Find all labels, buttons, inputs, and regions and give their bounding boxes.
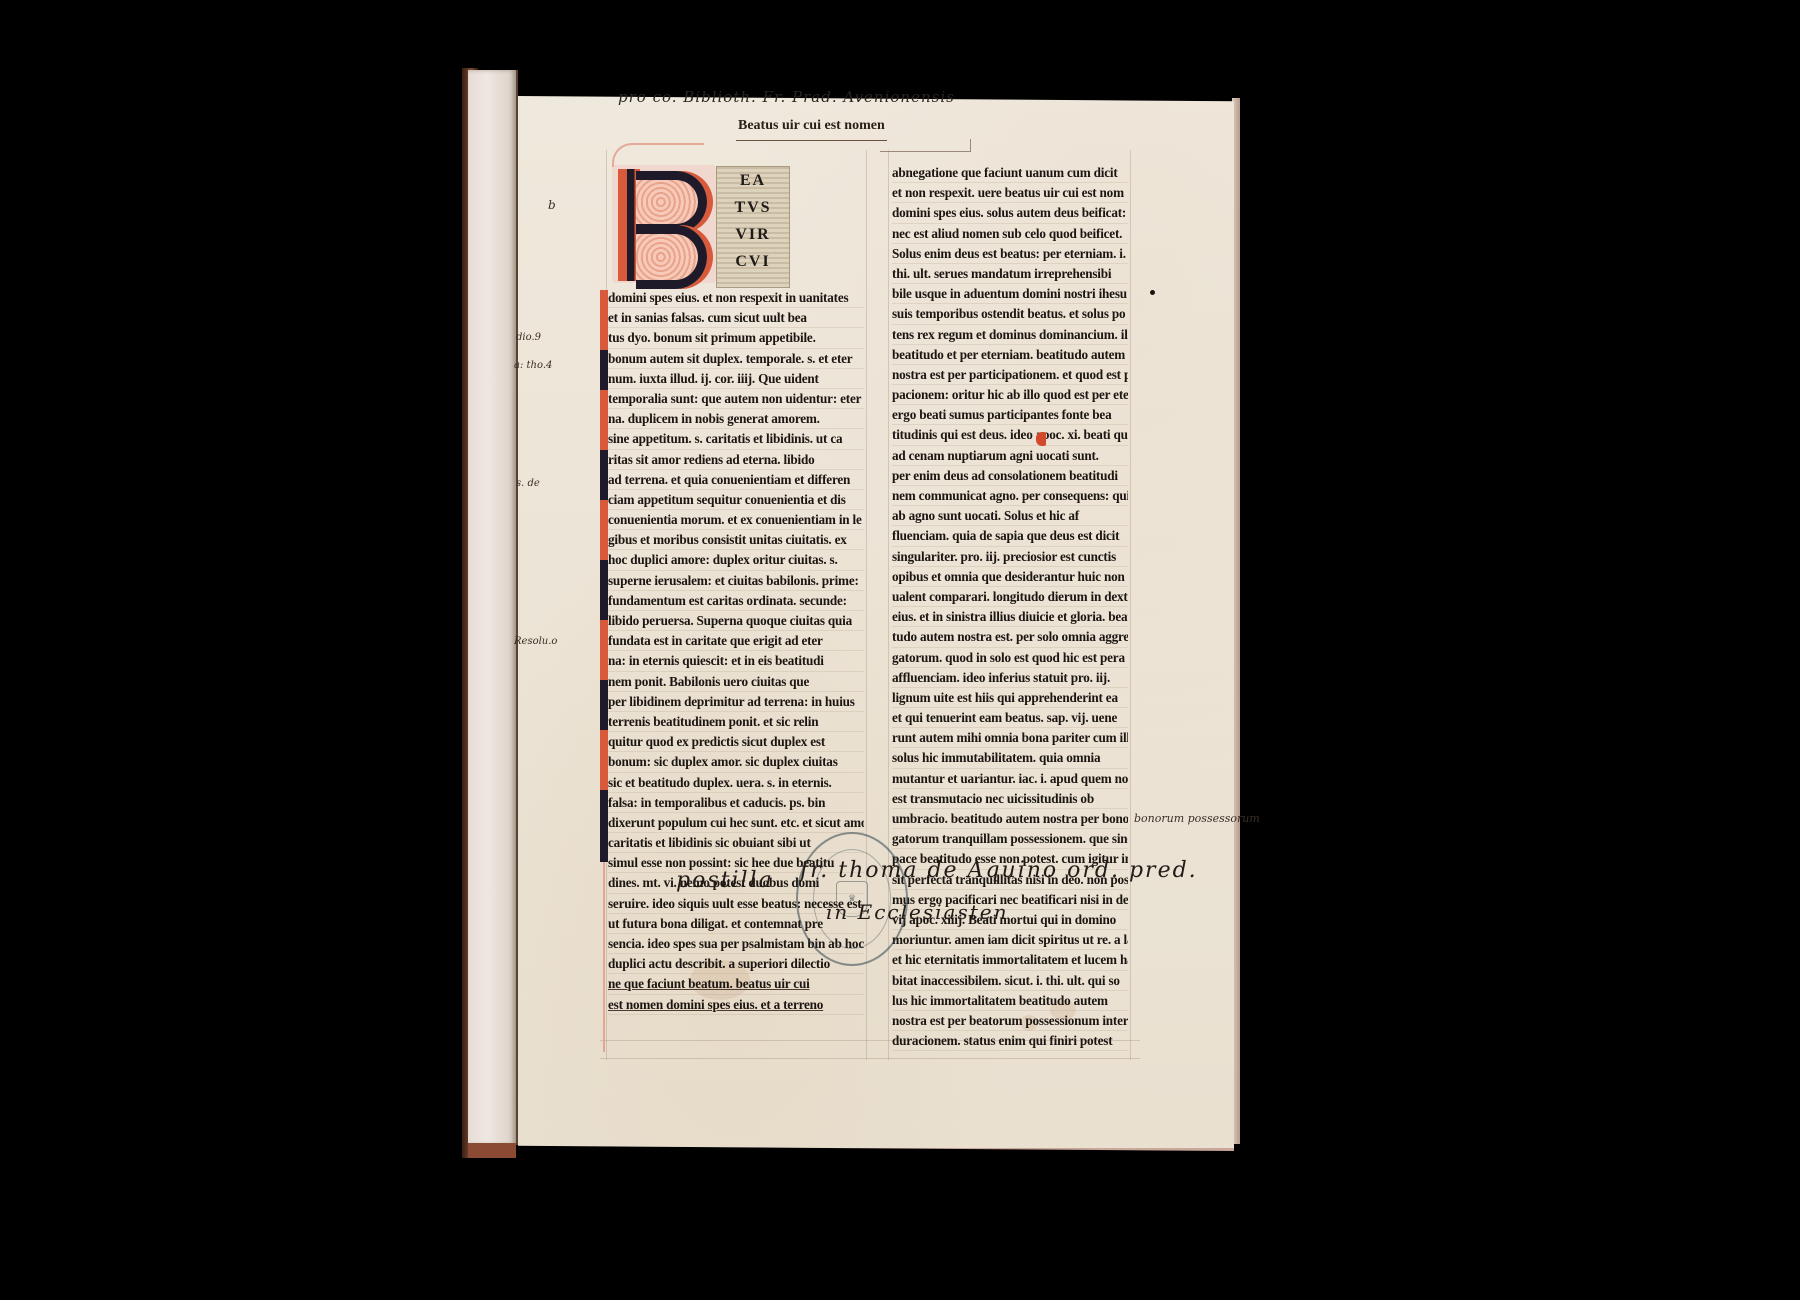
display-script-line: EA <box>717 167 789 194</box>
text-line: nostra est per beatorum possessionum int… <box>892 1011 1128 1031</box>
text-line: titudinis qui est deus. ideo apoc. xi. b… <box>892 425 1128 445</box>
text-line: sic et beatitudo duplex. uera. s. in ete… <box>608 773 864 793</box>
ownership-annotation: pro co. Biblioth. Fr. Prad. Avenionensis <box>618 88 1088 112</box>
text-line: pacionem: oritur hic ab illo quod est pe… <box>892 385 1128 405</box>
text-line: ciam appetitum sequitur conuenientia et … <box>608 490 864 510</box>
text-line: thi. ult. serues mandatum irreprehensibi <box>892 264 1128 284</box>
red-paragraph-mark <box>1036 432 1046 446</box>
text-line: tudo autem nostra est. per solo omnia ag… <box>892 627 1128 647</box>
display-script-panel: EA TVS VIR CVI <box>716 166 790 288</box>
text-line: terrenis beatitudinem ponit. et sic reli… <box>608 712 864 732</box>
running-head: Beatus uir cui est nomen <box>736 118 887 141</box>
text-line: ab agno sunt uocati. Solus et hic af <box>892 506 1128 526</box>
text-line: bonum: sic duplex amor. sic duplex ciuit… <box>608 752 864 772</box>
penwork-border <box>600 290 608 862</box>
text-line: eius. et in sinistra illius diuicie et g… <box>892 607 1128 627</box>
text-line: ergo beati sumus participantes fonte bea <box>892 405 1128 425</box>
library-stamp: ♛ <box>796 832 908 966</box>
text-line: gatorum tranquillam possessionem. que si… <box>892 829 1128 849</box>
text-line: superne ierusalem: et ciuitas babilonis.… <box>608 571 864 591</box>
text-line: suis temporibus ostendit beatus. et solu… <box>892 304 1128 324</box>
text-line: nostra est per participationem. et quod … <box>892 365 1128 385</box>
text-line: domini spes eius. solus autem deus beifi… <box>892 203 1128 223</box>
text-line: fundata est in caritate que erigit ad et… <box>608 631 864 651</box>
initial-lower-bowl <box>636 225 707 289</box>
text-line: per libidinem deprimitur ad terrena: in … <box>608 692 864 712</box>
margin-note: Resolu.o <box>514 636 557 647</box>
text-line: solus hic immutabilitatem. quia omnia <box>892 748 1128 768</box>
margin-note-right: bonorum possessorum <box>1134 812 1260 825</box>
inscription-title: in Ecclesiasten <box>826 900 1008 924</box>
text-line: ualent comparari. longitudo dierum in de… <box>892 587 1128 607</box>
text-line: est transmutacio nec uicissitudinis ob <box>892 789 1128 809</box>
text-line: ritas sit amor rediens ad eterna. libido <box>608 450 864 470</box>
text-line: libido peruersa. Superna quoque ciuitas … <box>608 611 864 631</box>
text-line: fundamentum est caritas ordinata. secund… <box>608 591 864 611</box>
text-line: mutantur et uariantur. iac. i. apud quem… <box>892 769 1128 789</box>
margin-note: a: tho.4 <box>514 360 552 371</box>
text-line: gatorum. quod in solo est quod hic est p… <box>892 648 1128 668</box>
text-line: quitur quod ex predictis sicut duplex es… <box>608 732 864 752</box>
text-line: ad terrena. et quia conuenientiam et dif… <box>608 470 864 490</box>
text-line: est nomen domini spes eius. et a terreno <box>608 995 864 1015</box>
text-line: per enim deus ad consolationem beatitudi <box>892 466 1128 486</box>
text-line: na. duplicem in nobis generat amorem. <box>608 409 864 429</box>
margin-note: s. de <box>516 478 540 489</box>
text-line: ne que faciunt beatum. beatus uir cui <box>608 974 864 994</box>
text-line: duracionem. status enim qui finiri potes… <box>892 1031 1128 1051</box>
text-line: bile usque in aduentum domini nostri ihe… <box>892 284 1128 304</box>
ruling-line <box>600 1058 1140 1059</box>
text-line: falsa: in temporalibus et caducis. ps. b… <box>608 793 864 813</box>
text-line: et non respexit. uere beatus uir cui est… <box>892 183 1128 203</box>
display-script-line: CVI <box>717 248 789 275</box>
text-line: tens rex regum et dominus dominancium. i… <box>892 325 1128 345</box>
text-line: gibus et moribus consistit unitas ciuita… <box>608 530 864 550</box>
text-line: dixerunt populum cui hec sunt. etc. et s… <box>608 813 864 833</box>
text-line: umbracio. beatitudo autem nostra per bon… <box>892 809 1128 829</box>
text-line: et hic eternitatis immortalitatem et luc… <box>892 950 1128 970</box>
text-line: bonum autem sit duplex. temporale. s. et… <box>608 349 864 369</box>
display-script-line: VIR <box>717 221 789 248</box>
ink-dot <box>1150 290 1155 295</box>
text-line: domini spes eius. et non respexit in uan… <box>608 288 864 308</box>
binding-leather-corner <box>468 1143 516 1158</box>
text-line: runt autem mihi omnia bona pariter cum i… <box>892 728 1128 748</box>
flyleaf <box>468 70 518 1145</box>
illuminated-initial-b <box>612 165 716 283</box>
running-head-rule <box>880 139 971 152</box>
text-line: et qui tenuerint eam beatus. sap. vij. u… <box>892 708 1128 728</box>
text-line: tus dyo. bonum sit primum appetibile. <box>608 328 864 348</box>
text-line: affluenciam. ideo inferius statuit pro. … <box>892 668 1128 688</box>
text-line: fluenciam. quia de sapia que deus est di… <box>892 526 1128 546</box>
margin-letter-b: b <box>548 198 556 212</box>
text-line: moriuntur. amen iam dicit spiritus ut re… <box>892 930 1128 950</box>
text-line: lignum uite est hiis qui apprehenderint … <box>892 688 1128 708</box>
text-line: na: in eternis quiescit: et in eis beati… <box>608 651 864 671</box>
text-line: nem communicat agno. per consequens: qui <box>892 486 1128 506</box>
text-line: opibus et omnia que desiderantur huic no… <box>892 567 1128 587</box>
text-line: temporalia sunt: que autem non uidentur:… <box>608 389 864 409</box>
margin-note: dio.9 <box>516 332 541 343</box>
penwork-flourish <box>612 143 704 167</box>
text-line: conuenientia morum. et ex conuenientiam … <box>608 510 864 530</box>
ruling-line <box>1130 150 1131 1060</box>
text-line: sine appetitum. s. caritatis et libidini… <box>608 429 864 449</box>
text-line: ad cenam nuptiarum agni uocati sunt. <box>892 446 1128 466</box>
text-line: beatitudo et per eterniam. beatitudo aut… <box>892 345 1128 365</box>
text-line: nem ponit. Babilonis uero ciuitas que <box>608 672 864 692</box>
text-line: abnegatione que faciunt uanum cum dicit <box>892 163 1128 183</box>
display-script-line: TVS <box>717 194 789 221</box>
text-line: Solus enim deus est beatus: per eterniam… <box>892 244 1128 264</box>
text-line: lus hic immortalitatem beatitudo autem <box>892 991 1128 1011</box>
text-line: nec est aliud nomen sub celo quod beific… <box>892 224 1128 244</box>
penwork-border-tail <box>603 862 605 1052</box>
text-line: bitat inaccessibilem. sicut. i. thi. ult… <box>892 971 1128 991</box>
inscription-postilla: postilla <box>676 868 774 893</box>
text-line: singulariter. pro. iij. preciosior est c… <box>892 547 1128 567</box>
inscription-author: fr. thoma de Aquino ord. pred. <box>800 858 1198 883</box>
text-line: et in sanias falsas. cum sicut uult bea <box>608 308 864 328</box>
text-line: hoc duplici amore: duplex oritur ciuitas… <box>608 550 864 570</box>
text-line: num. iuxta illud. ij. cor. iiij. Que uid… <box>608 369 864 389</box>
initial-upper-bowl <box>636 171 707 233</box>
photo-background: pro co. Biblioth. Fr. Prad. Avenionensis… <box>0 0 1800 1300</box>
